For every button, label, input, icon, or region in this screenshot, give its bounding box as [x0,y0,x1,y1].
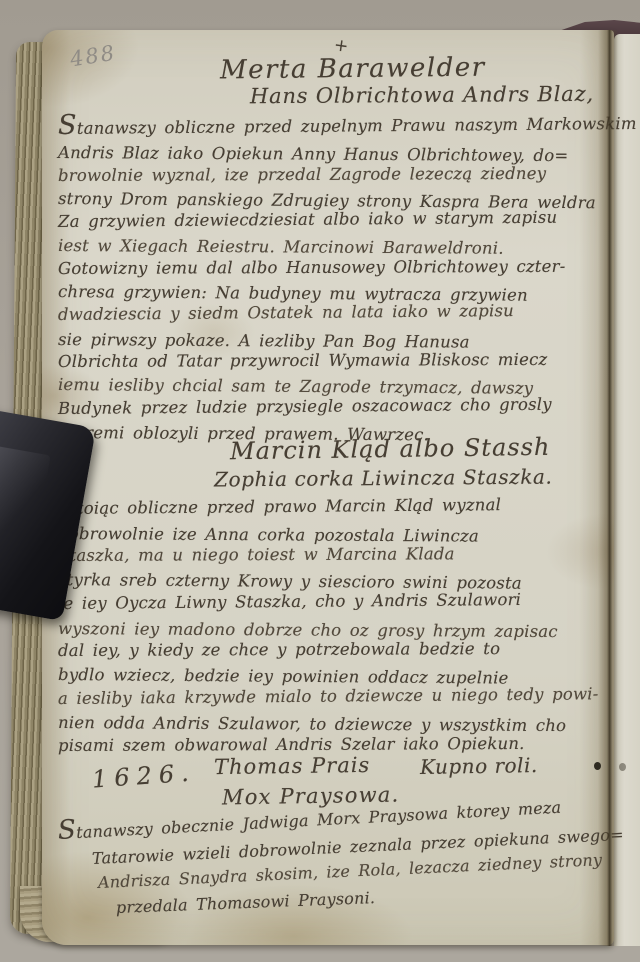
body-line: Budynek przez ludzie przysiegle oszacowa… [58,392,637,420]
entry-2-heading-2: Zophia corka Liwincza Staszka. [214,465,553,492]
folio-number: 488 [68,41,117,72]
body-line: Staszka, ma u niego toiest w Marcina Kla… [58,542,599,568]
manuscript-page: 488 + Merta Barawelder Hans Olbrichtowa … [42,30,614,945]
entry-3-body: Stanawszy obecznie Jadwiga Morx Praysowa… [58,822,624,920]
wormhole [619,763,626,771]
entry-1-heading-2: Hans Olbrichtowa Andrs Blaz, [250,82,594,108]
body-line: dwadziescia y siedm Ostatek na lata iako… [58,298,637,326]
entry-3-note: Kupno roli. [420,753,538,779]
entry-1-heading-1: Merta Barawelder [220,53,486,86]
body-line: Stoiąc obliczne przed prawo Marcin Kląd … [58,491,599,520]
body-line: le iey Oycza Liwny Staszka, cho y Andris… [58,587,599,615]
wormhole [594,762,601,770]
body-line: Stanawszy obliczne przed zupelnym Prawu … [58,111,637,140]
entry-2-heading-1: Marcin Kląd albo Stassh [230,433,551,465]
body-line: a iesliby iaka krzywde mialo to dziewcze… [58,682,599,710]
gutter-crease [598,30,618,946]
entry-3-year: 1626. [91,758,196,793]
body-line: Gotowizny iemu dal albo Hanusowey Olbric… [58,254,637,280]
photo-backdrop: 488 + Merta Barawelder Hans Olbrichtowa … [0,0,640,962]
entry-3-name: Thomas Prais [214,753,371,779]
body-line: Za grzywien dziewiecdziesiat albo iako w… [58,205,637,233]
body-line: browolnie wyznal, ize przedal Zagrode le… [58,161,637,187]
body-line: Olbrichta od Tatar przywrocil Wymawia Bl… [58,347,637,373]
body-line: dal iey, y kiedy ze chce y potrzebowala … [58,637,599,663]
entry-2-body: Stoiąc obliczne przed prawo Marcin Kląd … [58,496,599,758]
entry-1-body: Stanawszy obliczne przed zupelnym Prawu … [58,116,637,443]
